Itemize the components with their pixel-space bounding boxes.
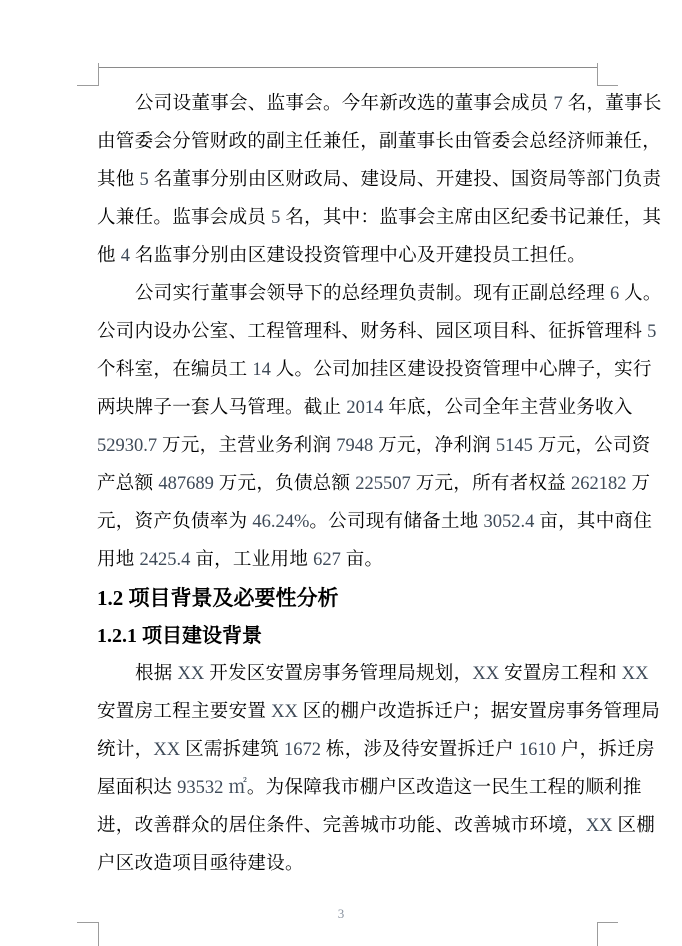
text-line: 进，改善群众的居住条件、完善城市功能、改善城市环境，XX 区棚 (97, 807, 597, 845)
text-line: 两块牌子一套人马管理。截止 2014 年底，公司全年主营业务收入 (97, 389, 597, 427)
crop-mark-bottom-right-tick (597, 922, 618, 923)
text-line: 用地 2425.4 亩，工业用地 627 亩。 (97, 541, 597, 579)
crop-mark-bottom-right-vertical (597, 922, 598, 946)
paragraph-company-board: 公司设董事会、监事会。今年新改选的董事会成员 7 名，董事长 由管委会分管财政的… (97, 85, 597, 275)
section-heading-1-2-1: 1.2.1 项目建设背景 (97, 617, 597, 655)
text-line: 其他 5 名董事分别由区财政局、建设局、开建投、国资局等部门负责 (97, 161, 597, 199)
crop-mark-top-right-vertical (597, 63, 598, 86)
text-line: 统计，XX 区需拆建筑 1672 栋，涉及待安置拆迁户 1610 户，拆迁房 (97, 731, 597, 769)
text-line: 元，资产负债率为 46.24%。公司现有储备土地 3052.4 亩，其中商住 (97, 503, 597, 541)
text-line: 根据 XX 开发区安置房事务管理局规划，XX 安置房工程和 XX (97, 655, 597, 693)
text-line: 公司设董事会、监事会。今年新改选的董事会成员 7 名，董事长 (97, 85, 597, 123)
crop-mark-bottom-left-tick (77, 922, 98, 923)
text-line: 人兼任。监事会成员 5 名，其中：监事会主席由区纪委书记兼任，其 (97, 199, 597, 237)
text-column: 公司设董事会、监事会。今年新改选的董事会成员 7 名，董事长 由管委会分管财政的… (97, 0, 597, 883)
page-number: 3 (0, 906, 682, 922)
text-line: 他 4 名监事分别由区建设投资管理中心及开建投员工担任。 (97, 237, 597, 275)
crop-mark-bottom-left-vertical (98, 922, 99, 946)
paragraph-project-background: 根据 XX 开发区安置房事务管理局规划，XX 安置房工程和 XX 安置房工程主要… (97, 655, 597, 883)
text-line: 产总额 487689 万元，负债总额 225507 万元，所有者权益 26218… (97, 465, 597, 503)
text-line: 个科室，在编员工 14 人。公司加挂区建设投资管理中心牌子，实行 (97, 351, 597, 389)
text-line: 安置房工程主要安置 XX 区的棚户改造拆迁户；据安置房事务管理局 (97, 693, 597, 731)
text-line: 户区改造项目亟待建设。 (97, 845, 597, 883)
document-page: 公司设董事会、监事会。今年新改选的董事会成员 7 名，董事长 由管委会分管财政的… (0, 0, 682, 946)
text-line: 屋面积达 93532 ㎡。为保障我市棚户区改造这一民生工程的顺利推 (97, 769, 597, 807)
text-line: 公司内设办公室、工程管理科、财务科、园区项目科、征拆管理科 5 (97, 313, 597, 351)
text-line: 公司实行董事会领导下的总经理负责制。现有正副总经理 6 人。 (97, 275, 597, 313)
text-line: 52930.7 万元，主营业务利润 7948 万元，净利润 5145 万元，公司… (97, 427, 597, 465)
text-line: 由管委会分管财政的副主任兼任，副董事长由管委会总经济师兼任， (97, 123, 597, 161)
crop-mark-top-left-tick (77, 85, 98, 86)
paragraph-company-operations: 公司实行董事会领导下的总经理负责制。现有正副总经理 6 人。 公司内设办公室、工… (97, 275, 597, 579)
section-heading-1-2: 1.2 项目背景及必要性分析 (97, 579, 597, 617)
